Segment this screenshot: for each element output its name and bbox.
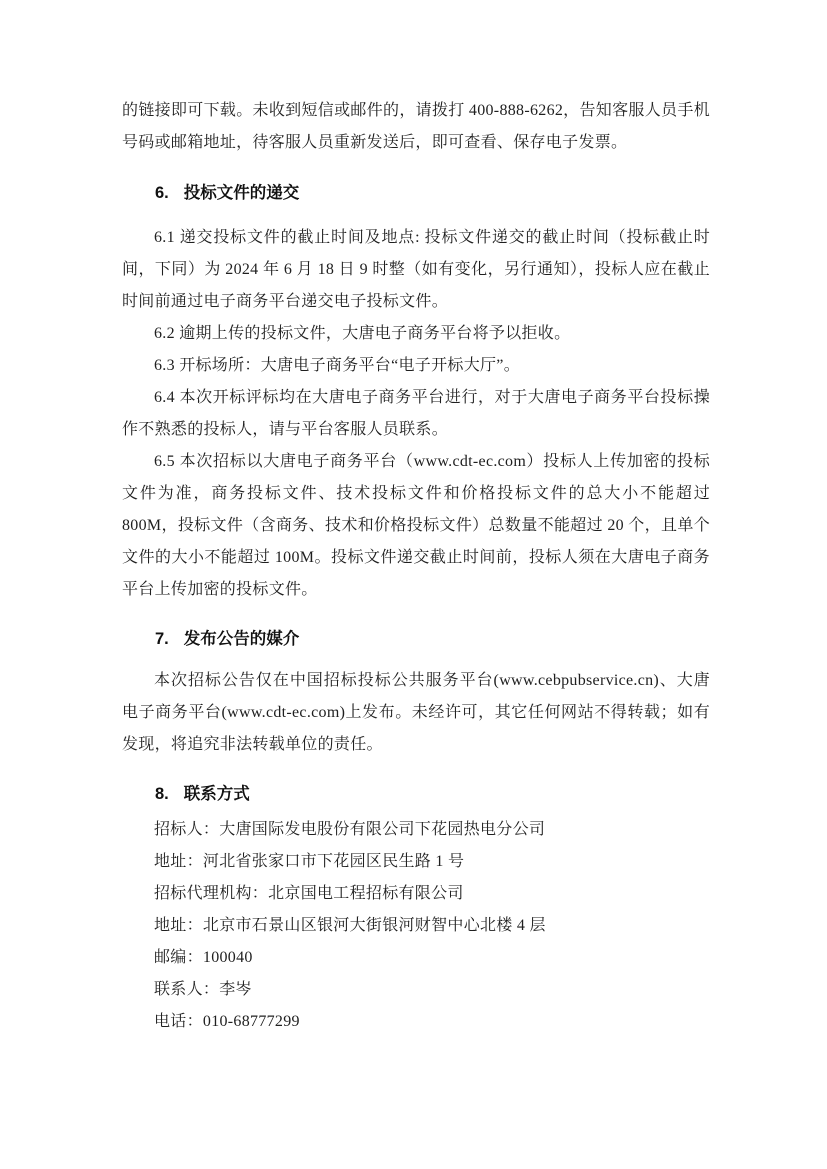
- paragraph-announcement-media: 本次招标公告仅在中国招标投标公共服务平台(www.cebpubservice.c…: [122, 665, 710, 761]
- section-8-heading: 8.联系方式: [122, 778, 710, 810]
- clause-6-3: 6.3 开标场所：大唐电子商务平台“电子开标大厅”。: [122, 350, 710, 382]
- contact-line-bidder: 招标人：大唐国际发电股份有限公司下花园热电分公司: [122, 814, 710, 846]
- paragraph-invoice-instructions: 的链接即可下载。未收到短信或邮件的，请拨打 400-888-6262，告知客服人…: [122, 95, 710, 159]
- contact-line-contact-person: 联系人：李岑: [122, 974, 710, 1006]
- contact-line-phone: 电话：010-68777299: [122, 1006, 710, 1038]
- document-content: 的链接即可下载。未收到短信或邮件的，请拨打 400-888-6262，告知客服人…: [122, 95, 710, 1038]
- clause-6-5: 6.5 本次招标以大唐电子商务平台（www.cdt-ec.com）投标人上传加密…: [122, 446, 710, 606]
- section-6-number: 6.: [155, 184, 169, 202]
- clause-6-2: 6.2 逾期上传的投标文件，大唐电子商务平台将予以拒收。: [122, 318, 710, 350]
- contact-line-bidder-address: 地址：河北省张家口市下花园区民生路 1 号: [122, 846, 710, 878]
- section-6-title: 投标文件的递交: [184, 184, 300, 202]
- section-8-number: 8.: [155, 785, 169, 803]
- contact-line-postcode: 邮编：100040: [122, 942, 710, 974]
- section-7-title: 发布公告的媒介: [184, 630, 300, 648]
- section-6-heading: 6.投标文件的递交: [122, 177, 710, 209]
- clause-6-4: 6.4 本次开标评标均在大唐电子商务平台进行，对于大唐电子商务平台投标操作不熟悉…: [122, 382, 710, 446]
- contact-line-agency: 招标代理机构：北京国电工程招标有限公司: [122, 878, 710, 910]
- clause-6-1: 6.1 递交投标文件的截止时间及地点: 投标文件递交的截止时间（投标截止时间，下…: [122, 222, 710, 318]
- contact-line-agency-address: 地址：北京市石景山区银河大街银河财智中心北楼 4 层: [122, 910, 710, 942]
- document-page: 的链接即可下载。未收到短信或邮件的，请拨打 400-888-6262，告知客服人…: [0, 0, 827, 1169]
- section-7-heading: 7.发布公告的媒介: [122, 623, 710, 655]
- section-8-title: 联系方式: [184, 785, 250, 803]
- section-7-number: 7.: [155, 630, 169, 648]
